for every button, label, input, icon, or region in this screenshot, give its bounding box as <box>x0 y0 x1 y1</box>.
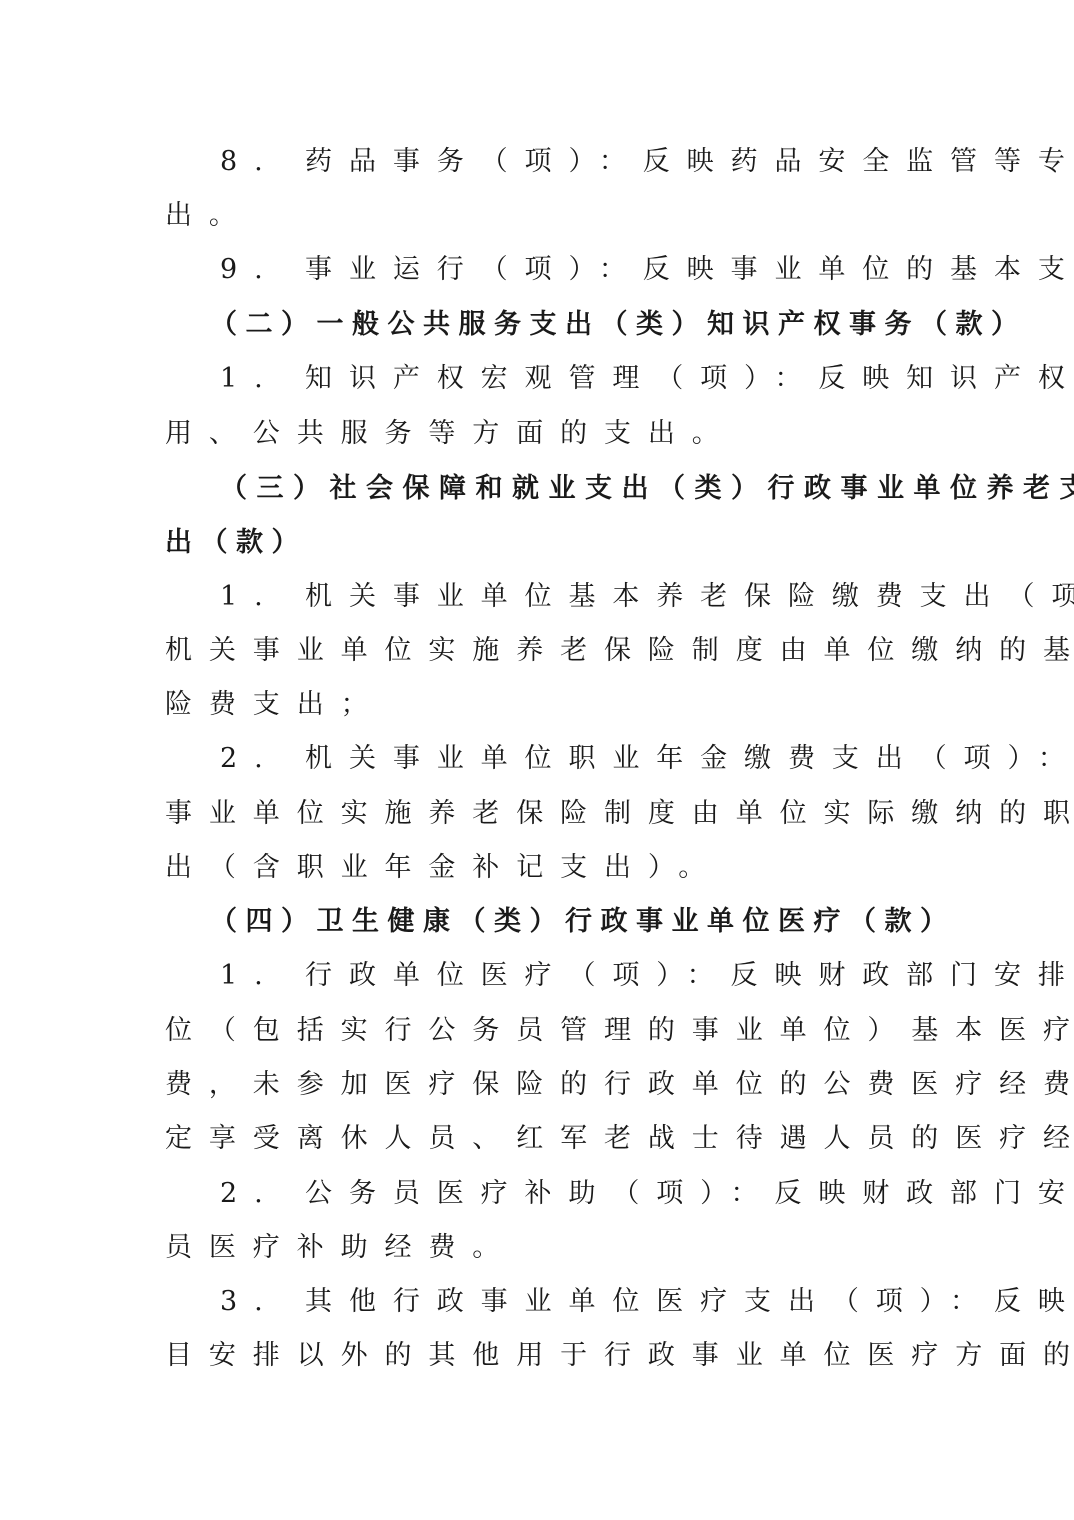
admin-medical-line-2: 位（包括实行公务员管理的事业单位）基本医疗保险缴费经 <box>165 1011 915 1051</box>
other-medical-line-2: 目安排以外的其他用于行政事业单位医疗方面的支出。 <box>165 1336 915 1376</box>
basic-pension-line-3: 险费支出； <box>165 685 915 725</box>
occupational-annuity-line-2: 事业单位实施养老保险制度由单位实际缴纳的职业年金支 <box>165 794 915 834</box>
section-heading-2: （二）一般公共服务支出（类）知识产权事务（款） <box>210 305 900 345</box>
basic-pension-line-1: 1. 机关事业单位基本养老保险缴费支出（项）：反映 <box>220 577 915 617</box>
other-medical-line-1: 3. 其他行政事业单位医疗支出（项）：反映除上述项 <box>220 1282 915 1322</box>
ip-management-line-2: 用、公共服务等方面的支出。 <box>165 414 915 454</box>
document-page: 8. 药品事务（项）：反映药品安全监管等专项工作支 出。 9. 事业运行（项）：… <box>0 0 1074 1520</box>
admin-medical-line-4: 定享受离休人员、红军老战士待遇人员的医疗经费。 <box>165 1119 915 1159</box>
section-heading-4: （四）卫生健康（类）行政事业单位医疗（款） <box>210 902 900 942</box>
admin-medical-line-3: 费，未参加医疗保险的行政单位的公费医疗经费，按国家规 <box>165 1065 915 1105</box>
admin-medical-line-1: 1. 行政单位医疗（项）：反映财政部门安排的行政单 <box>220 956 915 996</box>
occupational-annuity-line-3: 出（含职业年金补记支出）。 <box>165 848 915 888</box>
occupational-annuity-line-1: 2. 机关事业单位职业年金缴费支出（项）：反映机关 <box>220 739 915 779</box>
item-8-line-2: 出。 <box>165 196 915 236</box>
item-8-line-1: 8. 药品事务（项）：反映药品安全监管等专项工作支 <box>220 142 915 182</box>
section-heading-3-line-1: （三）社会保障和就业支出（类）行政事业单位养老支 <box>220 469 915 509</box>
civil-servant-subsidy-line-1: 2. 公务员医疗补助（项）：反映财政部门安排的公务 <box>220 1174 915 1214</box>
civil-servant-subsidy-line-2: 员医疗补助经费。 <box>165 1228 915 1268</box>
item-9-line-1: 9. 事业运行（项）：反映事业单位的基本支出。 <box>220 250 915 290</box>
section-heading-3-line-2: 出（款） <box>165 523 915 563</box>
ip-management-line-1: 1. 知识产权宏观管理（项）：反映知识产权保护、运 <box>220 359 915 399</box>
basic-pension-line-2: 机关事业单位实施养老保险制度由单位缴纳的基本养老保 <box>165 631 915 671</box>
